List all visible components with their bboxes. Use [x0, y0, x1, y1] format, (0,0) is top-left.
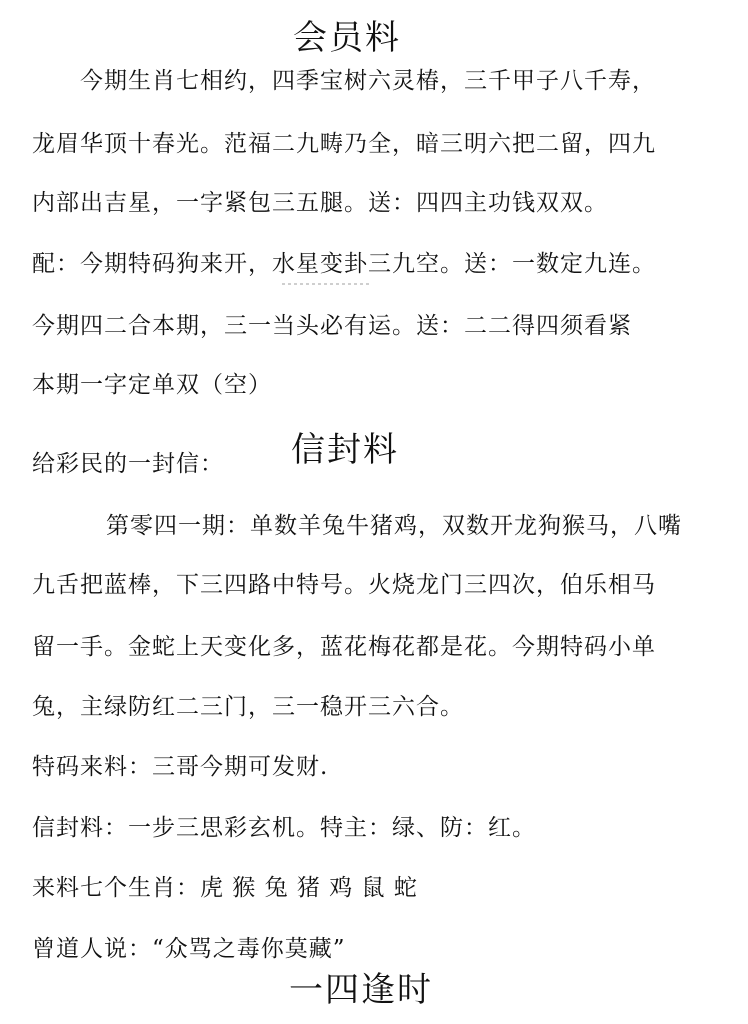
section-title-member: 会员料 — [293, 18, 401, 58]
letter-prefix: 给彩民的一封信： — [32, 449, 224, 479]
text-line: 配：今期特码狗来开，水星变卦三九空。送：一数定九连。 — [32, 249, 656, 279]
note-line: 曾道人说：“众骂之毒你莫藏” — [32, 934, 346, 964]
scan-artifact — [282, 283, 370, 285]
text-line: 兔，主绿防红二三门，三一稳开三六合。 — [32, 692, 464, 722]
text-line: 本期一字定单双（空） — [32, 370, 272, 400]
note-line: 信封料：一步三思彩玄机。特主：绿、防：红。 — [32, 813, 536, 843]
text-line: 第零四一期：单数羊兔牛猪鸡，双数开龙狗猴马，八嘴 — [106, 511, 682, 541]
text-line: 九舌把蓝棒，下三四路中特号。火烧龙门三四次，伯乐相马 — [32, 570, 656, 600]
text-line: 留一手。金蛇上天变化多，蓝花梅花都是花。今期特码小单 — [32, 632, 656, 662]
text-line: 今期生肖七相约，四季宝树六灵椿，三千甲子八千寿， — [80, 66, 656, 96]
footer-title: 一四逢时 — [289, 970, 433, 1010]
text-line: 今期四二合本期，三一当头必有运。送：二二得四须看紧 — [32, 311, 632, 341]
text-line: 龙眉华顶十春光。范福二九畴乃全，暗三明六把二留，四九 — [32, 129, 656, 159]
note-line: 特码来料：三哥今期可发财. — [32, 752, 328, 782]
text-line: 内部出吉星，一字紧包三五腿。送：四四主功钱双双。 — [32, 188, 608, 218]
section-title-envelope: 信封料 — [291, 430, 399, 470]
note-line: 来料七个生肖：虎 猴 兔 猪 鸡 鼠 蛇 — [32, 873, 418, 903]
